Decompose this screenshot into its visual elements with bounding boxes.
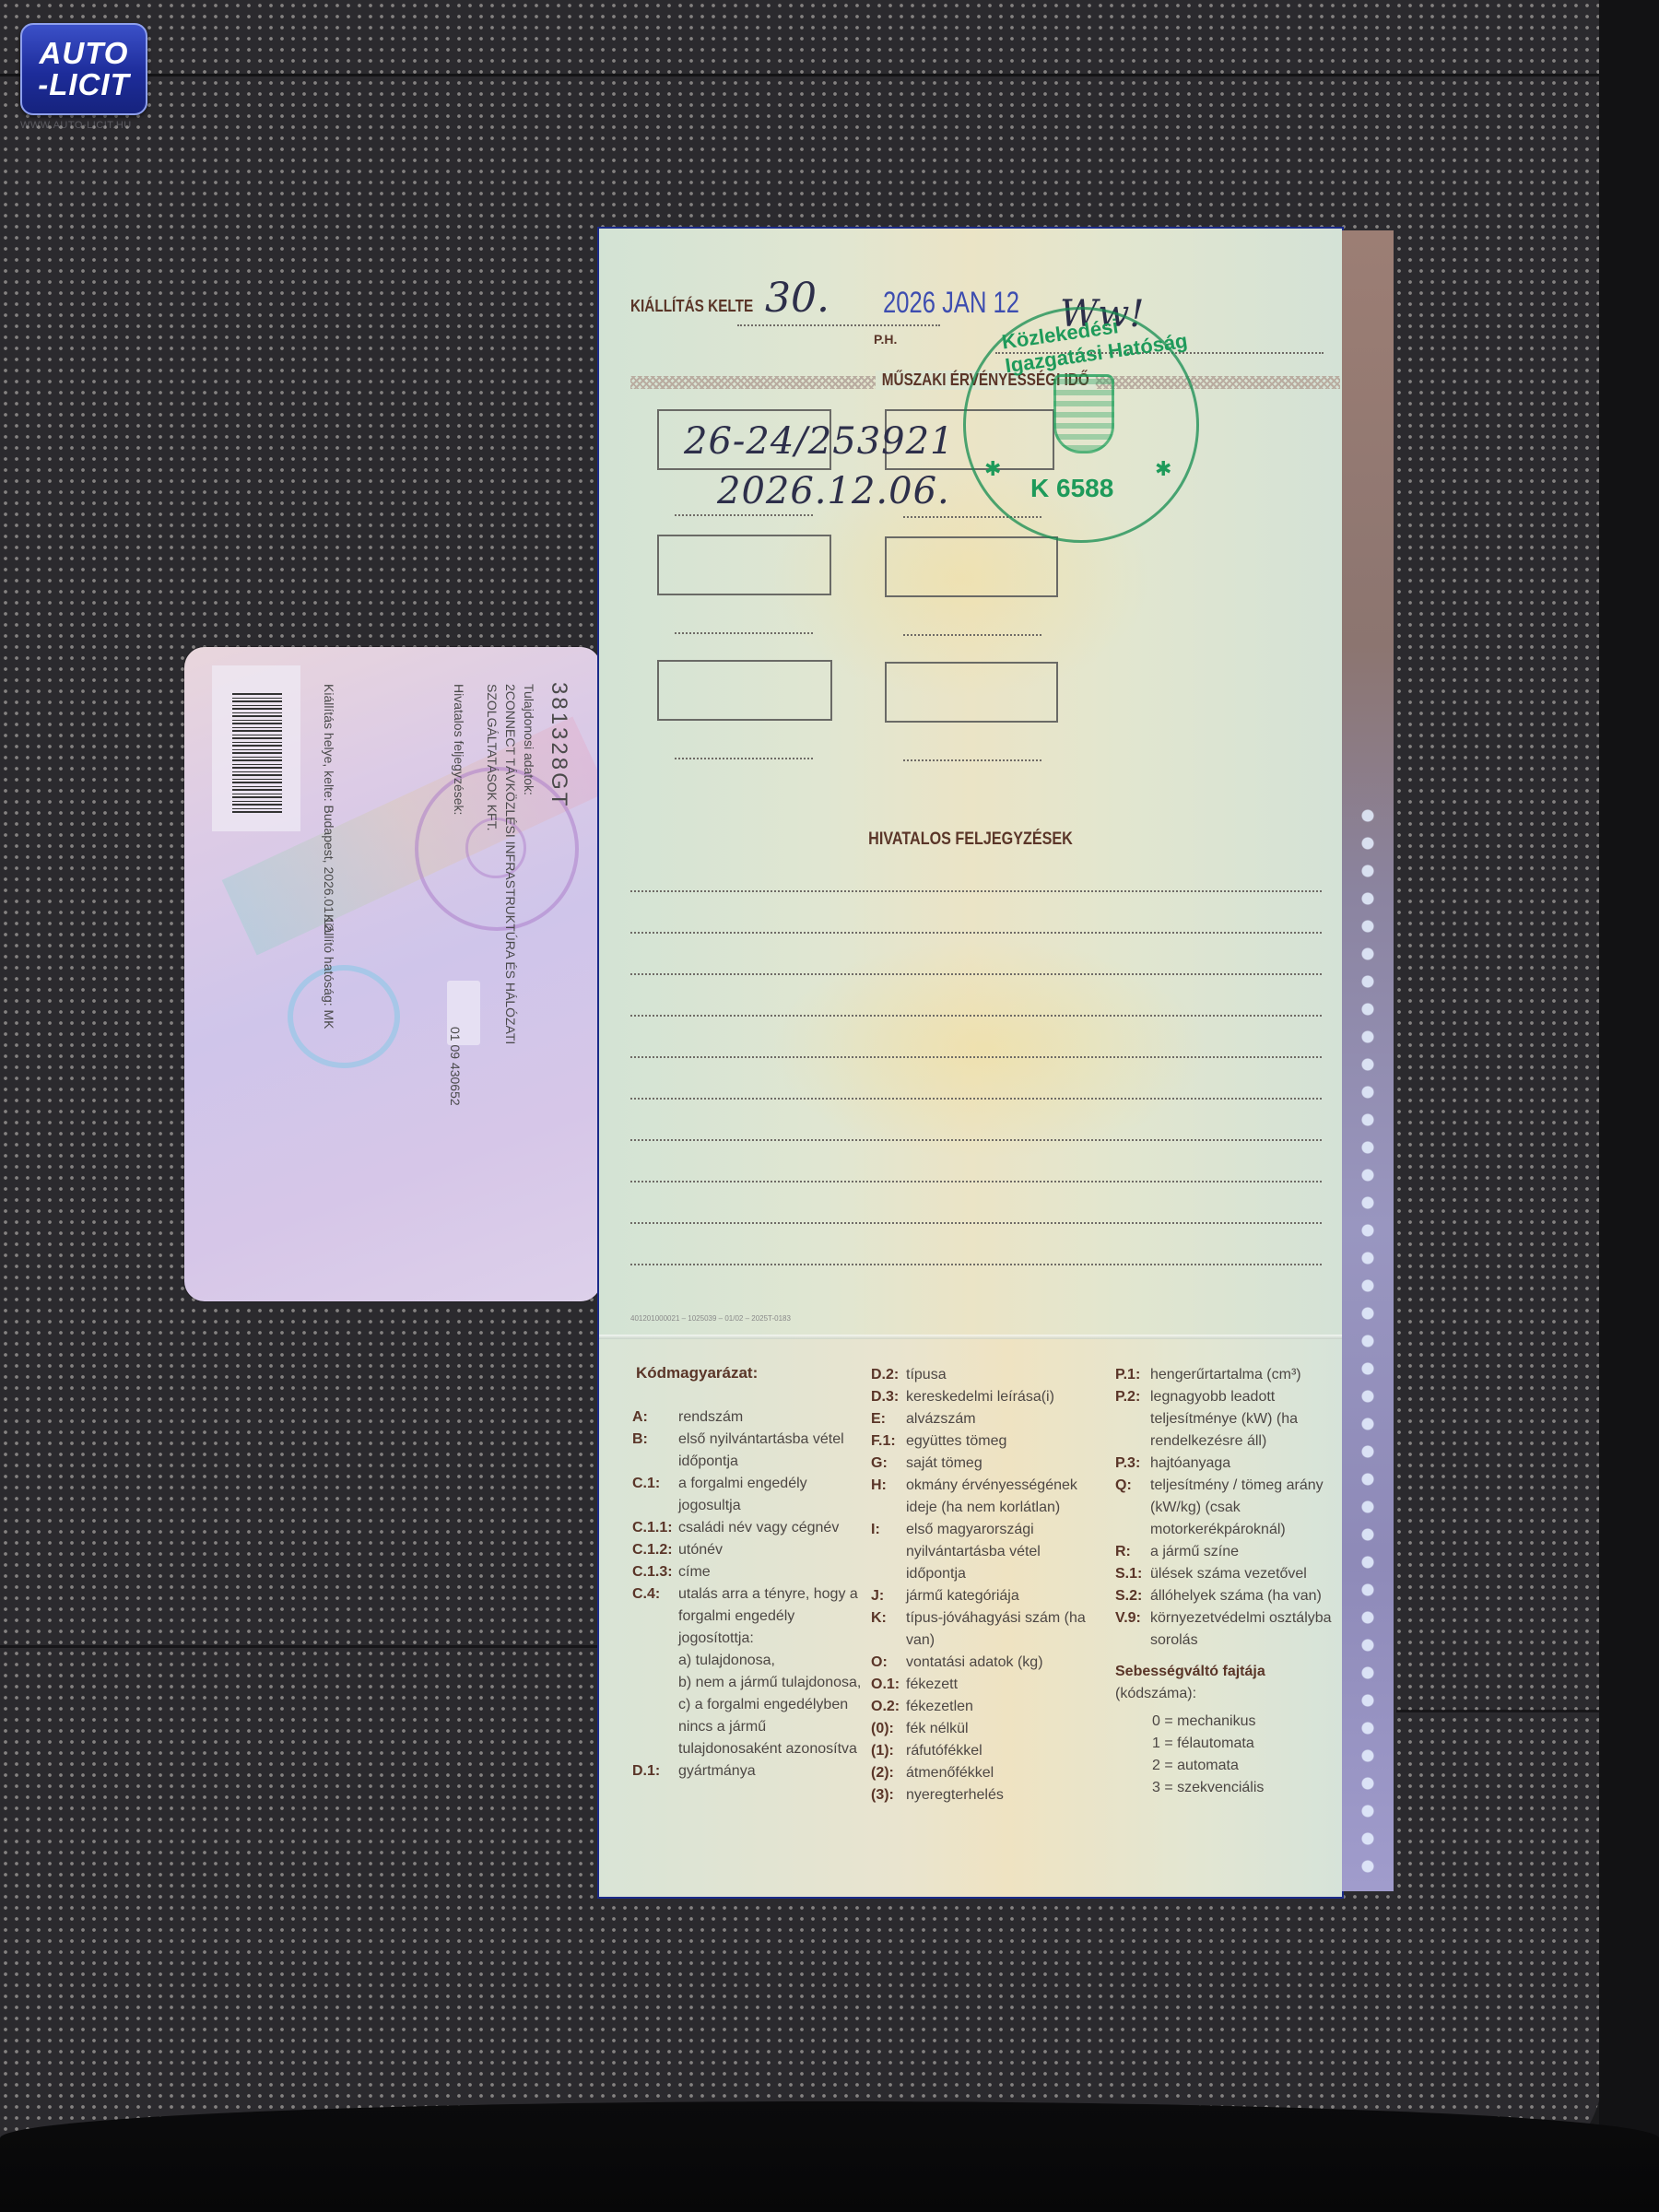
legend-entry: (3):nyeregterhelés (871, 1784, 1101, 1806)
ph-label: P.H. (874, 332, 897, 347)
notes-ruled-line (630, 1139, 1322, 1141)
card-owner-line1: 2CONNECT TÁVKÖZLÉSI INFRASTRUKTÚRA ÉS HÁ… (503, 684, 518, 1044)
legend-code: B: (632, 1429, 678, 1473)
legend-entry: E:alvázszám (871, 1408, 1101, 1430)
legend-entry: V.9:környezetvédelmi osztályba sorolás (1115, 1607, 1336, 1652)
legend-entry: S.2:állóhelyek száma (ha van) (1115, 1585, 1336, 1607)
legend-description: vontatási adatok (kg) (906, 1652, 1101, 1674)
legend-entry: O.2:fékezetlen (871, 1696, 1101, 1718)
legend-code: (2): (871, 1762, 906, 1784)
logo-line2: -LICIT (38, 69, 129, 100)
legend-description: családi név vagy cégnév (678, 1517, 863, 1539)
legend-entry: H:okmány érvényességének ideje (ha nem k… (871, 1475, 1101, 1519)
legend-description: a jármű színe (1150, 1541, 1336, 1563)
seat-seam-right (1396, 1710, 1604, 1712)
legend-code: D.2: (871, 1364, 906, 1386)
legend-code: S.1: (1115, 1563, 1150, 1585)
validity-box-3 (657, 535, 831, 595)
legend-column-2: D.2:típusaD.3:kereskedelmi leírása(i)E:a… (871, 1364, 1101, 1806)
hologram-security-strip (1342, 230, 1394, 1891)
notes-ruled-line (630, 973, 1322, 975)
stamp-ring-text: Közlekedési Igazgatási Hatóság (1000, 304, 1198, 379)
legend-description: együttes tömeg (906, 1430, 1101, 1453)
seat-seam-left (0, 1645, 599, 1648)
legend-entry: P.1:hengerűrtartalma (cm³) (1115, 1364, 1336, 1386)
legend-code: C.4: (632, 1583, 678, 1650)
legend-entry: P.3:hajtóanyaga (1115, 1453, 1336, 1475)
legend-description: gyártmánya (678, 1760, 863, 1783)
legend-description: környezetvédelmi osztályba sorolás (1150, 1607, 1336, 1652)
valid-until-date: 2026.12.06. (717, 470, 950, 512)
legend-description: utónév (678, 1539, 863, 1561)
legend-entry: Q:teljesítmény / tömeg arány (kW/kg) (cs… (1115, 1475, 1336, 1541)
legend-entry: C.1.2:utónév (632, 1539, 863, 1561)
legend-code: C.1.1: (632, 1517, 678, 1539)
legend-entry: (1):ráfutófékkel (871, 1740, 1101, 1762)
legend-entry: A:rendszám (632, 1406, 863, 1429)
legend-entry: J:jármű kategóriája (871, 1585, 1101, 1607)
legend-code: O.1: (871, 1674, 906, 1696)
logo-url-watermark: WWW.AUTO-LICIT.HU (20, 120, 149, 131)
legend-entry: D.1:gyártmánya (632, 1760, 863, 1783)
legend-entry: R:a jármű színe (1115, 1541, 1336, 1563)
validity-line-6 (903, 759, 1041, 761)
legend-description: a) tulajdonosa, (678, 1650, 863, 1672)
legend-description: típus-jóváhagyási szám (ha van) (906, 1607, 1101, 1652)
legend-column-1: A:rendszámB:első nyilvántartásba vétel i… (632, 1406, 863, 1783)
card-plate-number: 381328GT (546, 682, 571, 808)
legend-entry: b) nem a jármű tulajdonosa, (632, 1672, 863, 1694)
gearbox-title: Sebességváltó fajtája (kódszáma): (1115, 1661, 1336, 1705)
legend-description: okmány érvényességének ideje (ha nem kor… (906, 1475, 1101, 1519)
legend-description: rendszám (678, 1406, 863, 1429)
crest-watermark-middle (765, 938, 1207, 1159)
legend-code: (1): (871, 1740, 906, 1762)
registration-paper-document: KIÁLLÍTÁS KELTE 30. 2026 JAN 12 P.H. Ww!… (599, 229, 1342, 1897)
hungarian-coat-of-arms-icon (1053, 374, 1114, 453)
card-serial-number: 01 09 430652 (448, 1027, 463, 1106)
legend-description: hengerűrtartalma (cm³) (1150, 1364, 1336, 1386)
official-notes-heading: HIVATALOS FELJEGYZÉSEK (654, 829, 1286, 850)
legend-description: c) a forgalmi engedélyben nincs a jármű … (678, 1694, 863, 1760)
legend-description: legnagyobb leadott teljesítménye (kW) (h… (1150, 1386, 1336, 1453)
legend-code (632, 1650, 678, 1672)
legend-code: R: (1115, 1541, 1150, 1563)
issue-date-label: KIÁLLÍTÁS KELTE (630, 297, 753, 316)
legend-column-3: P.1:hengerűrtartalma (cm³)P.2:legnagyobb… (1115, 1364, 1336, 1799)
legend-description: teljesítmény / tömeg arány (kW/kg) (csak… (1150, 1475, 1336, 1541)
stamp-code: K 6588 (1030, 474, 1113, 503)
legend-description: állóhelyek száma (ha van) (1150, 1585, 1336, 1607)
legend-code: D.1: (632, 1760, 678, 1783)
notes-ruled-line (630, 1181, 1322, 1182)
legend-code (632, 1672, 678, 1694)
stamp-star-icon: ✱ (1155, 457, 1171, 481)
legend-code: Q: (1115, 1475, 1150, 1541)
notes-ruled-line (630, 890, 1322, 892)
legend-code: K: (871, 1607, 906, 1652)
legend-entry: C.1.1:családi név vagy cégnév (632, 1517, 863, 1539)
legend-description: jármű kategóriája (906, 1585, 1101, 1607)
legend-description: típusa (906, 1364, 1101, 1386)
legend-code: O: (871, 1652, 906, 1674)
legend-code: C.1.3: (632, 1561, 678, 1583)
form-serial: 401201000021 – 1025039 – 01/02 – 2025T-0… (630, 1314, 791, 1323)
legend-description: hajtóanyaga (1150, 1453, 1336, 1475)
card-owner-line2: SZOLGÁLTATÁSOK KFT. (485, 684, 500, 830)
legend-description: ráfutófékkel (906, 1740, 1101, 1762)
legend-description: átmenőfékkel (906, 1762, 1101, 1784)
legend-description: címe (678, 1561, 863, 1583)
logo-line1: AUTO (40, 38, 129, 69)
legend-entry: K:típus-jóváhagyási szám (ha van) (871, 1607, 1101, 1652)
legend-code: V.9: (1115, 1607, 1150, 1652)
card-issuing-authority: Kiállító hatóság: MK (322, 914, 336, 1030)
authority-stamp: Közlekedési Igazgatási Hatóság ✱ ✱ K 658… (963, 307, 1199, 543)
legend-entry: (2):átmenőfékkel (871, 1762, 1101, 1784)
stamp-star-icon: ✱ (984, 457, 1001, 481)
legend-code: (3): (871, 1784, 906, 1806)
seat-seam-top (0, 0, 1613, 76)
legend-description: első nyilvántartásba vétel időpontja (678, 1429, 863, 1473)
legend-code: E: (871, 1408, 906, 1430)
legend-entry: S.1:ülések száma vezetővel (1115, 1563, 1336, 1585)
legend-description: ülések száma vezetővel (1150, 1563, 1336, 1585)
gearbox-code: 2 = automata (1115, 1755, 1336, 1777)
legend-description: fék nélkül (906, 1718, 1101, 1740)
issue-date-line (737, 324, 940, 326)
legend-code: J: (871, 1585, 906, 1607)
legend-entry: C.4:utalás arra a tényre, hogy a forgalm… (632, 1583, 863, 1650)
legend-code: P.2: (1115, 1386, 1150, 1453)
legend-code: D.3: (871, 1386, 906, 1408)
gearbox-code: 3 = szekvenciális (1115, 1777, 1336, 1799)
legend-code (632, 1694, 678, 1760)
barcode-icon (232, 691, 282, 813)
legend-entry: (0):fék nélkül (871, 1718, 1101, 1740)
legend-description: fékezetlen (906, 1696, 1101, 1718)
notes-ruled-line (630, 932, 1322, 934)
issue-date-handwritten: 30. (765, 275, 829, 322)
issue-date-stamp: 2026 JAN 12 (883, 286, 1019, 320)
notes-ruled-line (630, 1222, 1322, 1224)
legend-code: G: (871, 1453, 906, 1475)
legend-entry: a) tulajdonosa, (632, 1650, 863, 1672)
validity-box-6 (885, 662, 1058, 723)
legend-entry: F.1:együttes tömeg (871, 1430, 1101, 1453)
hologram-dots (1355, 802, 1381, 1880)
legend-code: I: (871, 1519, 906, 1585)
legend-description: utalás arra a tényre, hogy a forgalmi en… (678, 1583, 863, 1650)
legend-entry: O.1:fékezett (871, 1674, 1101, 1696)
notes-ruled-line (630, 1264, 1322, 1265)
legend-entry: G:saját tömeg (871, 1453, 1101, 1475)
notes-ruled-line (630, 1056, 1322, 1058)
legend-code: F.1: (871, 1430, 906, 1453)
validity-line-4 (903, 634, 1041, 636)
legend-code: S.2: (1115, 1585, 1150, 1607)
validity-box-5 (657, 660, 832, 721)
legend-description: kereskedelmi leírása(i) (906, 1386, 1101, 1408)
floor-shadow (0, 2101, 1659, 2212)
validity-line-5 (675, 758, 813, 759)
legend-entry: O:vontatási adatok (kg) (871, 1652, 1101, 1674)
legend-entry: C.1.3:címe (632, 1561, 863, 1583)
notes-ruled-line (630, 1098, 1322, 1100)
legend-description: fékezett (906, 1674, 1101, 1696)
legend-entry: B:első nyilvántartásba vétel időpontja (632, 1429, 863, 1473)
legend-description: első magyarországi nyilvántartásba vétel… (906, 1519, 1101, 1585)
legend-code: (0): (871, 1718, 906, 1740)
legend-entry: I:első magyarországi nyilvántartásba vét… (871, 1519, 1101, 1585)
legend-entry: D.2:típusa (871, 1364, 1101, 1386)
legend-code: P.3: (1115, 1453, 1150, 1475)
legend-description: a forgalmi engedély jogosultja (678, 1473, 863, 1517)
legend-description: saját tömeg (906, 1453, 1101, 1475)
legend-description: alvázszám (906, 1408, 1101, 1430)
legend-entry: P.2:legnagyobb leadott teljesítménye (kW… (1115, 1386, 1336, 1453)
registration-card: 381328GT Tulajdonosi adatok: 2CONNECT TÁ… (184, 647, 601, 1301)
legend-code: P.1: (1115, 1364, 1150, 1386)
gearbox-code: 0 = mechanikus (1115, 1711, 1336, 1733)
card-notes-label: Hivatalos feljegyzések: (452, 684, 466, 815)
legend-description: b) nem a jármű tulajdonosa, (678, 1672, 863, 1694)
legend-entry: D.3:kereskedelmi leírása(i) (871, 1386, 1101, 1408)
legend-code: H: (871, 1475, 906, 1519)
validity-box-4 (885, 536, 1058, 597)
legend-entry: C.1:a forgalmi engedély jogosultja (632, 1473, 863, 1517)
dark-edge (1599, 0, 1659, 2212)
car-headlight-watermark-icon (288, 965, 400, 1068)
legend-code: O.2: (871, 1696, 906, 1718)
auto-licit-logo: AUTO -LICIT (20, 23, 147, 115)
card-issue-place-date: Kiállítás helye, kelte: Budapest, 2026.0… (322, 684, 336, 935)
validity-line-1 (675, 514, 813, 516)
inspection-number: 26-24/253921 (684, 420, 954, 463)
legend-entry: c) a forgalmi engedélyben nincs a jármű … (632, 1694, 863, 1760)
validity-line-3 (675, 632, 813, 634)
legend-code: C.1.2: (632, 1539, 678, 1561)
legend-code: A: (632, 1406, 678, 1429)
notes-ruled-line (630, 1015, 1322, 1017)
legend-code: C.1: (632, 1473, 678, 1517)
card-owner-label: Tulajdonosi adatok: (522, 684, 536, 795)
legend-description: nyeregterhelés (906, 1784, 1101, 1806)
legend-title: Kódmagyarázat: (636, 1364, 758, 1382)
gearbox-code: 1 = félautomata (1115, 1733, 1336, 1755)
